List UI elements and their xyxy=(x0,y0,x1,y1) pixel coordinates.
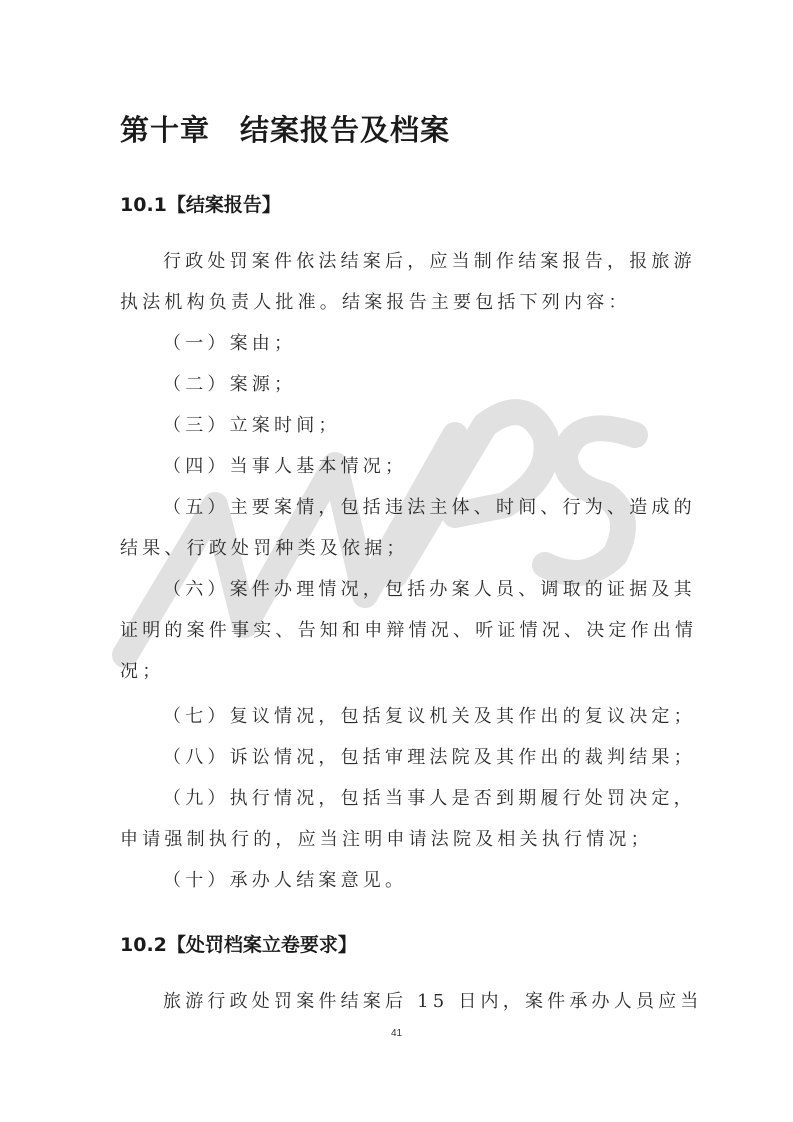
list-item: （五）主要案情，包括违法主体、时间、行为、造成的 xyxy=(163,496,715,520)
list-item: （四）当事人基本情况； xyxy=(163,455,715,479)
list-item: 申请强制执行的，应当注明申请法院及相关执行情况； xyxy=(120,828,672,852)
list-item: （八）诉讼情况，包括审理法院及其作出的裁判结果； xyxy=(163,746,715,770)
list-item: （十）承办人结案意见。 xyxy=(163,869,715,893)
paragraph-line: 旅游行政处罚案件结案后 15 日内，案件承办人员应当 xyxy=(163,990,715,1014)
list-item: 证明的案件事实、告知和申辩情况、听证情况、决定作出情 xyxy=(120,619,672,643)
list-item: 况； xyxy=(120,660,672,684)
list-item: （一）案由； xyxy=(163,332,715,356)
list-item: （七）复议情况，包括复议机关及其作出的复议决定； xyxy=(163,705,715,729)
list-item: 结果、行政处罚种类及依据； xyxy=(120,537,672,561)
paragraph-line: 行政处罚案件依法结案后，应当制作结案报告，报旅游 xyxy=(163,250,715,274)
list-item: （九）执行情况，包括当事人是否到期履行处罚决定， xyxy=(163,787,715,811)
page-number: 41 xyxy=(0,1028,793,1039)
paragraph-line: 执法机构负责人批准。结案报告主要包括下列内容： xyxy=(120,291,672,315)
list-item: （六）案件办理情况，包括办案人员、调取的证据及其 xyxy=(163,578,715,602)
list-item: （三）立案时间； xyxy=(163,414,715,438)
chapter-title: 第十章 结案报告及档案 xyxy=(120,108,450,149)
section-heading-10-1: 10.1【结案报告】 xyxy=(120,190,281,217)
list-item: （二）案源； xyxy=(163,373,715,397)
section-heading-10-2: 10.2【处罚档案立卷要求】 xyxy=(120,930,357,957)
